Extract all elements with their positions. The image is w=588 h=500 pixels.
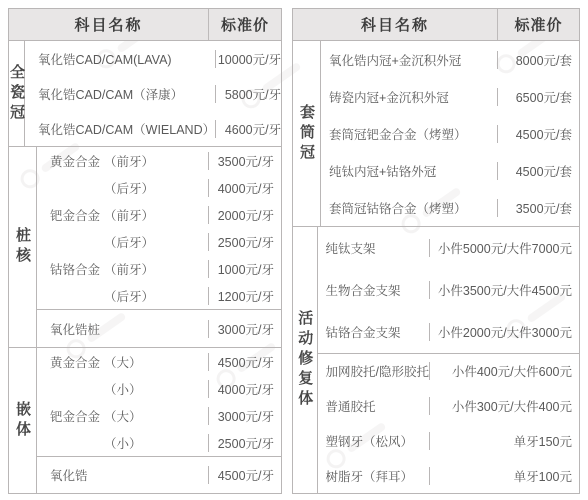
subject-cell: 套筒冠钴铬合金（烤塑） [321,199,497,217]
price-cell: 4500元/套 [497,125,579,143]
variant-text: （后牙） [104,290,154,304]
variant-text: （前牙） [104,155,154,169]
material-text: 氧化锆CAD/CAM（泽康） [38,85,183,103]
price-cell: 4000元/牙 [208,179,281,197]
subject-cell: （后牙） [37,179,208,197]
variant-text: （大） [104,410,142,424]
subject-cell: 钴铬合金支架 [318,323,429,341]
variant-text: （后牙） [104,236,154,250]
table-row: （后牙） 1200元/牙 [37,282,281,309]
subject-cell: （后牙） [37,233,208,251]
price-cell: 单牙100元 [429,467,579,485]
price-cell: 5800元/牙 [215,85,288,103]
table-header: 科目名称 标准价 [293,9,579,41]
subject-cell: （后牙） [37,287,208,305]
table-row: 氧化锆CAD/CAM（WIELAND） 4600元/牙 [25,111,288,146]
subject-cell: 套筒冠钯金合金（烤塑） [321,125,497,143]
table-row: 黄金合金（前牙） 3500元/牙 [37,147,281,174]
subject-cell: 钯金合金（前牙） [37,206,208,224]
material-text: 钯金合金 [50,407,104,425]
table-row: 氧化锆CAD/CAM(LAVA) 10000元/牙 [25,41,288,76]
price-cell: 3000元/牙 [208,320,281,338]
material-text: 黄金合金 [50,353,104,371]
subject-cell: 黄金合金（前牙） [37,152,208,170]
subject-cell: 纯钛支架 [318,239,429,257]
variant-text: （小） [104,383,142,397]
table-row: 氧化锆内冠+金沉积外冠 8000元/套 [321,41,579,78]
price-table-left: 科目名称 标准价 全瓷冠 氧化锆CAD/CAM(LAVA) 10000元/牙 氧… [8,8,282,494]
header-standard-price: 标准价 [497,9,579,40]
price-cell: 1000元/牙 [208,260,281,278]
table-row: 钯金合金（前牙） 2000元/牙 [37,201,281,228]
variant-text: （小） [104,437,142,451]
section-removable-denture: 活动修复体 纯钛支架 小件5000元/大件7000元 生物合金支架 小件3500… [293,226,579,493]
subject-cell: 纯钛内冠+钴铬外冠 [321,162,497,180]
price-cell: 2500元/牙 [208,233,281,251]
group-label-removable-denture: 活动修复体 [293,227,318,493]
price-cell: 4500元/套 [497,162,579,180]
section-all-ceramic-crown: 全瓷冠 氧化锆CAD/CAM(LAVA) 10000元/牙 氧化锆CAD/CAM… [9,41,281,146]
price-cell: 小件300元/大件400元 [429,397,579,415]
table-row: 纯钛支架 小件5000元/大件7000元 [318,227,579,269]
material-text: 氧化锆 [50,466,104,484]
header-subject-name: 科目名称 [9,9,208,40]
table-row: （后牙） 4000元/牙 [37,174,281,201]
subject-cell: 塑钢牙（松风） [318,432,429,450]
price-cell: 8000元/套 [497,51,579,69]
group-label-telescopic-crown: 套筒冠 [293,41,321,226]
table-row: 氧化锆CAD/CAM（泽康） 5800元/牙 [25,76,288,111]
table-row: 钴铬合金（前牙） 1000元/牙 [37,255,281,282]
subject-cell: 钯金合金（大） [37,407,208,425]
table-row: 普通胶托 小件300元/大件400元 [318,388,579,423]
subject-cell: 氧化锆CAD/CAM（WIELAND） [25,120,215,138]
dental-price-list: 科目名称 标准价 全瓷冠 氧化锆CAD/CAM(LAVA) 10000元/牙 氧… [0,0,588,500]
variant-text: （前牙） [104,263,154,277]
variant-text: （后牙） [104,182,154,196]
header-standard-price: 标准价 [208,9,281,40]
subject-cell: 铸瓷内冠+金沉积外冠 [321,88,497,106]
price-table-right: 科目名称 标准价 套筒冠 氧化锆内冠+金沉积外冠 8000元/套 铸瓷内冠+金沉… [292,8,580,494]
subject-cell: （小） [37,434,208,452]
subject-cell: 普通胶托 [318,397,429,415]
price-cell: 1200元/牙 [208,287,281,305]
subject-cell: 氧化锆桩 [37,320,208,338]
table-row: 套筒冠钴铬合金（烤塑） 3500元/套 [321,189,579,226]
table-row: 纯钛内冠+钴铬外冠 4500元/套 [321,152,579,189]
group-label-post-core: 桩核 [9,147,37,347]
table-row: （后牙） 2500元/牙 [37,228,281,255]
subject-cell: 树脂牙（拜耳） [318,467,429,485]
table-row: 塑钢牙（松风） 单牙150元 [318,423,579,458]
subject-cell: 氧化锆内冠+金沉积外冠 [321,51,497,69]
price-cell: 4500元/牙 [208,353,281,371]
variant-text: （大） [104,356,142,370]
table-row: 加网胶托/隐形胶托 小件400元/大件600元 [318,353,579,388]
table-row: 氧化锆桩 3000元/牙 [37,309,281,347]
subject-cell: （小） [37,380,208,398]
subject-cell: 氧化锆CAD/CAM（泽康） [25,85,215,103]
price-cell: 3500元/套 [497,199,579,217]
table-row: 铸瓷内冠+金沉积外冠 6500元/套 [321,78,579,115]
section-telescopic-crown: 套筒冠 氧化锆内冠+金沉积外冠 8000元/套 铸瓷内冠+金沉积外冠 6500元… [293,41,579,226]
subject-cell: 黄金合金（大） [37,353,208,371]
material-text: 氧化锆CAD/CAM（WIELAND） [38,120,215,138]
price-cell: 4600元/牙 [215,120,288,138]
price-cell: 3000元/牙 [208,407,281,425]
price-cell: 2000元/牙 [208,206,281,224]
price-cell: 小件3500元/大件4500元 [429,281,579,299]
subject-cell: 生物合金支架 [318,281,429,299]
material-text: 黄金合金 [50,152,104,170]
subject-cell: 钴铬合金（前牙） [37,260,208,278]
price-cell: 4500元/牙 [208,466,281,484]
header-subject-name: 科目名称 [293,9,497,40]
price-cell: 10000元/牙 [215,50,288,68]
table-row: 黄金合金（大） 4500元/牙 [37,348,281,375]
group-label-all-ceramic-crown: 全瓷冠 [9,41,25,146]
table-row: 树脂牙（拜耳） 单牙100元 [318,458,579,493]
price-cell: 小件2000元/大件3000元 [429,323,579,341]
table-row: 钯金合金（大） 3000元/牙 [37,402,281,429]
table-row: 钴铬合金支架 小件2000元/大件3000元 [318,311,579,353]
material-text: 氧化锆CAD/CAM(LAVA) [38,50,172,68]
variant-text: （前牙） [104,209,154,223]
group-label-inlay: 嵌体 [9,348,37,493]
section-inlay: 嵌体 黄金合金（大） 4500元/牙 （小） 4000元/牙 钯金合金（大） 3… [9,347,281,493]
material-text: 氧化锆桩 [50,320,104,338]
table-row: 套筒冠钯金合金（烤塑） 4500元/套 [321,115,579,152]
subject-cell: 氧化锆 [37,466,208,484]
section-post-core: 桩核 黄金合金（前牙） 3500元/牙 （后牙） 4000元/牙 钯金合金（前牙… [9,146,281,347]
table-row: （小） 2500元/牙 [37,429,281,456]
price-cell: 小件400元/大件600元 [429,362,579,380]
table-row: （小） 4000元/牙 [37,375,281,402]
table-header: 科目名称 标准价 [9,9,281,41]
price-cell: 4000元/牙 [208,380,281,398]
price-cell: 3500元/牙 [208,152,281,170]
table-row: 生物合金支架 小件3500元/大件4500元 [318,269,579,311]
table-row: 氧化锆 4500元/牙 [37,456,281,493]
price-cell: 6500元/套 [497,88,579,106]
subject-cell: 加网胶托/隐形胶托 [318,362,429,380]
material-text: 钯金合金 [50,206,104,224]
subject-cell: 氧化锆CAD/CAM(LAVA) [25,50,215,68]
material-text: 钴铬合金 [50,260,104,278]
price-cell: 单牙150元 [429,432,579,450]
price-cell: 小件5000元/大件7000元 [429,239,579,257]
price-cell: 2500元/牙 [208,434,281,452]
